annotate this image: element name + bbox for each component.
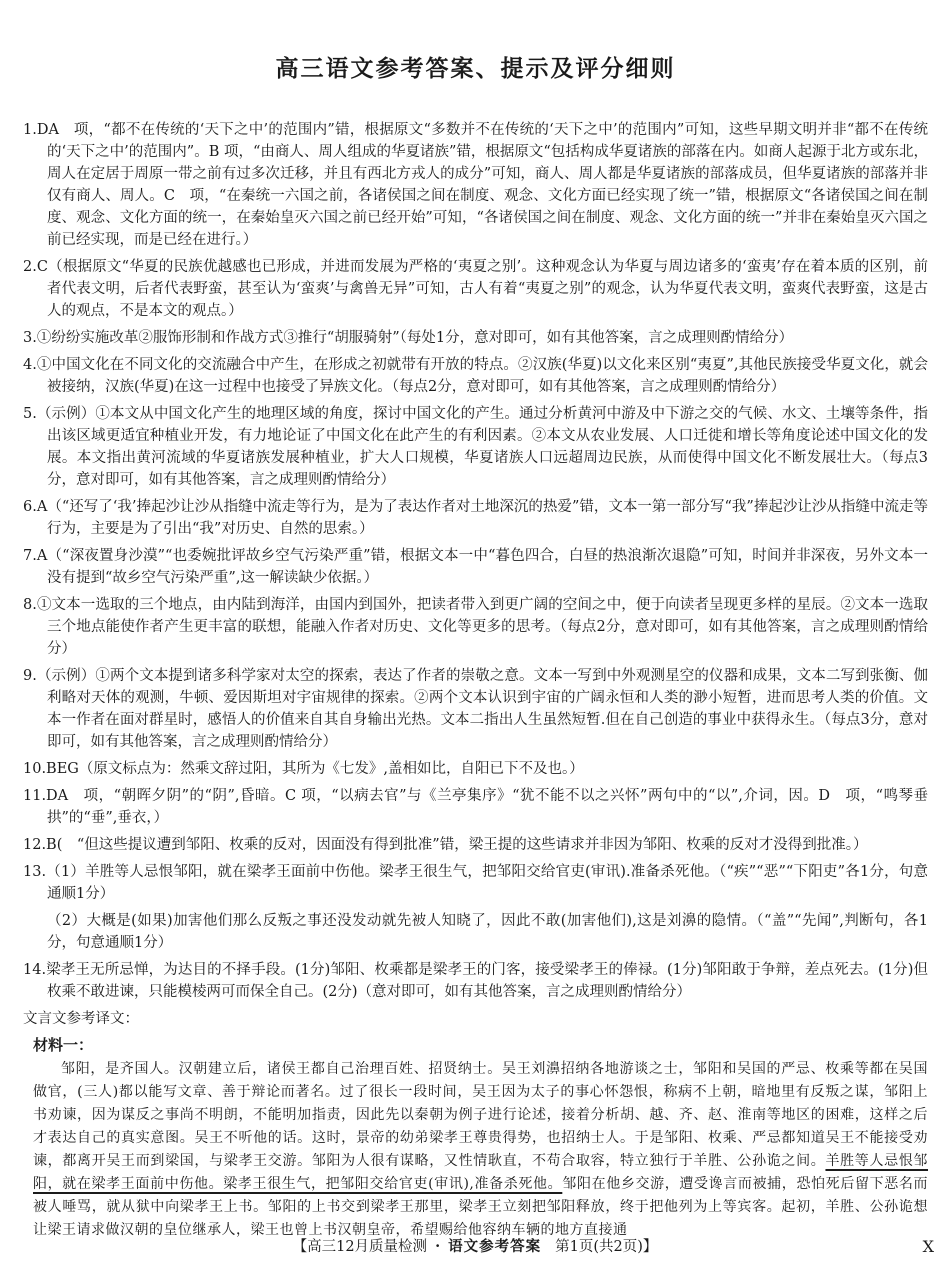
answer-item-8: 8.①文本一选取的三个地点，由内陆到海洋，由国内到国外，把读者带入到更广阔的空间…: [23, 594, 928, 660]
footer-exam-name: 【高三12月质量检测: [293, 1239, 427, 1255]
answer-item-7: 7.A（“深夜置身沙漠”“也委婉批评故乡空气污染严重”错，根据文本一中“暮色四合…: [23, 545, 928, 589]
page-title: 高三语文参考答案、提示及评分细则: [23, 0, 928, 83]
answer-item-13-part-1: 13.（1）羊胜等人忌恨邹阳，就在梁孝王面前中伤他。梁孝王很生气，把邹阳交给官吏…: [23, 861, 928, 905]
answer-item-11: 11.DA 项，“朝晖夕阴”的“阴”,昏暗。C 项，“以病去官”与《兰亭集序》“…: [23, 785, 928, 829]
answer-item-14: 14.梁孝王无所忌惮，为达目的不择手段。(1分)邹阳、枚乘都是梁孝王的门客，接受…: [23, 959, 928, 1003]
answer-item-2: 2.C（根据原文“华夏的民族优越感也已形成，并进而发展为严格的‘夷夏之别’。这种…: [23, 256, 928, 322]
footer-page-number: 第1页(共2页)】: [555, 1239, 657, 1255]
material-one-label: 材料一：: [33, 1034, 928, 1056]
answer-item-9: 9.（示例）①两个文本提到诸多科学家对太空的探索，表达了作者的崇敬之意。文本一写…: [23, 665, 928, 753]
answer-item-13-part-2: （2）大概是(如果)加害他们那么反叛之事还没发动就先被人知晓了，因此不敢(加害他…: [23, 910, 928, 954]
answers-section: 1.DA 项，“都不在传统的‘天下之中’的范围内”错，根据原文“多数并不在传统的…: [23, 119, 928, 1003]
answer-item-5: 5.（示例）①本文从中国文化产生的地理区域的角度，探讨中国文化的产生。通过分析黄…: [23, 403, 928, 491]
answer-item-12: 12.B( “但这些提议遭到邹阳、枚乘的反对，因面没有得到批准”错，梁王提的这些…: [23, 834, 928, 856]
answer-item-1: 1.DA 项，“都不在传统的‘天下之中’的范围内”错，根据原文“多数并不在传统的…: [23, 119, 928, 251]
footer-booklet-name: 语文参考答案: [448, 1239, 541, 1255]
edition-mark: X: [923, 1237, 934, 1256]
page-footer: 【高三12月质量检测·语文参考答案第1页(共2页)】: [0, 1235, 950, 1256]
answer-item-6: 6.A（“还写了‘我’捧起沙让沙从指缝中流走等行为，是为了表达作者对土地深沉的热…: [23, 496, 928, 540]
translation-section-label: 文言文参考译文：: [23, 1008, 928, 1030]
answer-item-4: 4.①中国文化在不同文化的交流融合中产生，在形成之初就带有开放的特点。②汉族(华…: [23, 354, 928, 398]
exam-answer-sheet-page: 高三语文参考答案、提示及评分细则 1.DA 项，“都不在传统的‘天下之中’的范围…: [0, 0, 950, 1272]
translation-text-before-underline: 邹阳，是齐国人。汉朝建立后，诸侯王都自己治理百姓、招贤纳士。吴王刘濞招纳各地游谈…: [33, 1061, 928, 1169]
translation-paragraph: 邹阳，是齐国人。汉朝建立后，诸侯王都自己治理百姓、招贤纳士。吴王刘濞招纳各地游谈…: [33, 1058, 928, 1242]
footer-separator-dot: ·: [435, 1238, 440, 1255]
answer-item-3: 3.①纷纷实施改革②服饰形制和作战方式③推行“胡服骑射”（每处1分，意对即可，如…: [23, 327, 928, 349]
answer-item-10: 10.BEG（原文标点为：然乘文辞过阳，其所为《七发》,盖相如比，自阳已下不及也…: [23, 758, 928, 780]
